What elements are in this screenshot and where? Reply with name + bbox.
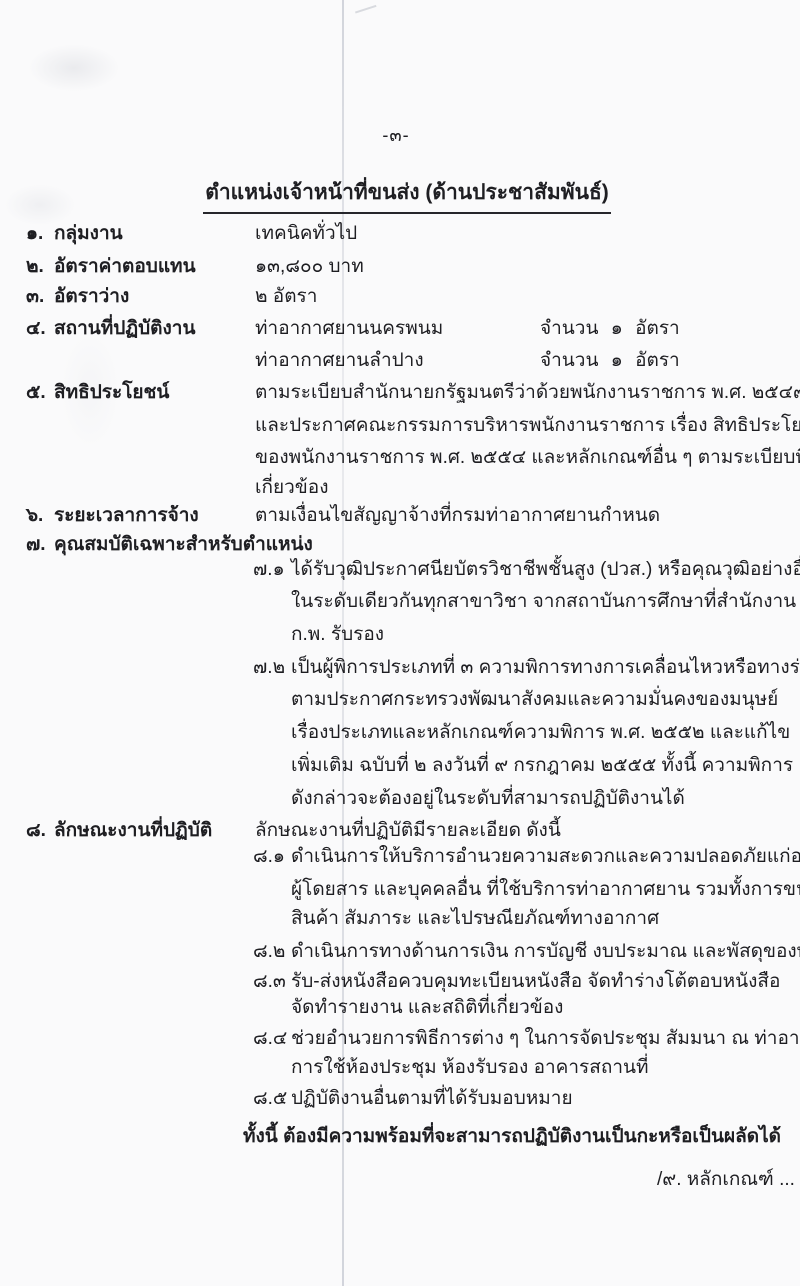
location-count: จำนวน ๑ อัตรา — [540, 316, 680, 342]
subitem-text: ดำเนินการให้บริการอำนวยความสะดวกและความป… — [291, 844, 800, 870]
benefits-line-row: ของพนักงานราชการ พ.ศ. ๒๕๕๔ และหลักเกณฑ์อ… — [0, 445, 800, 473]
subitem-text: การใช้ห้องประชุม ห้องรับรอง อาคารสถานที่ — [291, 1055, 649, 1081]
field-number: ๕. — [26, 380, 46, 406]
field-label: กลุ่มงาน — [54, 221, 123, 247]
field-row-work-location-2: ท่าอากาศยานลำปาง จำนวน ๑ อัตรา — [0, 348, 800, 376]
field-number: ๓. — [26, 284, 44, 310]
subitem-number: ๗.๑ — [253, 557, 285, 583]
subitem-text: ได้รับวุฒิประกาศนียบัตรวิชาชีพชั้นสูง (ป… — [291, 557, 800, 583]
field-number: ๘. — [26, 818, 46, 844]
field-row-benefits: ๕. สิทธิประโยชน์ ตามระเบียบสำนักนายกรัฐม… — [0, 380, 800, 408]
field-label: ระยะเวลาการจ้าง — [54, 503, 199, 529]
field-number: ๖. — [26, 503, 43, 529]
location-count: จำนวน ๑ อัตรา — [540, 348, 680, 374]
subitem-8-1-line: สินค้า สัมภาระ และไปรษณียภัณฑ์ทางอากาศ — [0, 906, 800, 934]
subitem-number: ๘.๕ — [253, 1086, 287, 1112]
footer-row: /๙. หลักเกณฑ์ ... — [0, 1167, 800, 1195]
field-row-work-location: ๔. สถานที่ปฏิบัติงาน ท่าอากาศยานนครพนม จ… — [0, 316, 800, 344]
subitem-7-2-line: เรื่องประเภทและหลักเกณฑ์ความพิการ พ.ศ. ๒… — [0, 720, 800, 748]
subitem-8-1: ๘.๑ ดำเนินการให้บริการอำนวยความสะดวกและค… — [0, 844, 800, 872]
benefits-line-row: เกี่ยวข้อง — [0, 475, 800, 503]
benefits-line-row: และประกาศคณะกรรมการบริหารพนักงานราชการ เ… — [0, 413, 800, 441]
field-row-compensation: ๒. อัตราค่าตอบแทน ๑๓,๘๐๐ บาท — [0, 254, 800, 282]
subitem-text: ดังกล่าวจะต้องอยู่ในระดับที่สามารถปฏิบัต… — [291, 786, 685, 812]
subitem-7-1-line: ในระดับเดียวกันทุกสาขาวิชา จากสถาบันการศ… — [0, 589, 800, 617]
subitem-number: ๘.๓ — [253, 969, 286, 995]
subitem-text: ก.พ. รับรอง — [291, 622, 384, 648]
subitem-8-4-line: การใช้ห้องประชุม ห้องรับรอง อาคารสถานที่ — [0, 1055, 800, 1083]
field-number: ๔. — [26, 316, 46, 342]
field-value: ๒ อัตรา — [255, 284, 317, 310]
closing-note: ทั้งนี้ ต้องมีความพร้อมที่จะสามารถปฏิบัต… — [243, 1124, 781, 1150]
field-value: ตามเงื่อนไขสัญญาจ้างที่กรมท่าอากาศยานกำห… — [255, 503, 660, 529]
subitem-8-5: ๘.๕ ปฏิบัติงานอื่นตามที่ได้รับมอบหมาย — [0, 1086, 800, 1114]
field-row-employment-period: ๖. ระยะเวลาการจ้าง ตามเงื่อนไขสัญญาจ้างท… — [0, 503, 800, 531]
subitem-7-1: ๗.๑ ได้รับวุฒิประกาศนียบัตรวิชาชีพชั้นสู… — [0, 557, 800, 585]
document-title: ตำแหน่งเจ้าหน้าที่ขนส่ง (ด้านประชาสัมพัน… — [203, 176, 611, 214]
subitem-7-2-line: เพิ่มเติม ฉบับที่ ๒ ลงวันที่ ๙ กรกฎาคม ๒… — [0, 753, 800, 781]
scanned-document-page: -๓- ตำแหน่งเจ้าหน้าที่ขนส่ง (ด้านประชาสั… — [0, 0, 800, 1286]
field-value: ๑๓,๘๐๐ บาท — [255, 254, 364, 280]
closing-note-row: ทั้งนี้ ต้องมีความพร้อมที่จะสามารถปฏิบัต… — [0, 1124, 800, 1152]
subitem-text: ผู้โดยสาร และบุคคลอื่น ที่ใช้บริการท่าอา… — [291, 877, 800, 903]
subitem-number: ๘.๔ — [253, 1026, 287, 1052]
subitem-number: ๘.๒ — [253, 939, 285, 965]
field-label: คุณสมบัติเฉพาะสำหรับตำแหน่ง — [54, 532, 313, 558]
subitem-number: ๘.๑ — [253, 844, 285, 870]
field-row-job-description: ๘. ลักษณะงานที่ปฏิบัติ ลักษณะงานที่ปฏิบั… — [0, 818, 800, 846]
benefits-line: ของพนักงานราชการ พ.ศ. ๒๕๕๔ และหลักเกณฑ์อ… — [255, 445, 800, 471]
benefits-line: เกี่ยวข้อง — [255, 475, 328, 501]
subitem-text: จัดทำรายงาน และสถิติที่เกี่ยวข้อง — [291, 995, 563, 1021]
subitem-8-4: ๘.๔ ช่วยอำนวยการพิธีการต่าง ๆ ในการจัดปร… — [0, 1026, 800, 1054]
benefits-line: ตามระเบียบสำนักนายกรัฐมนตรีว่าด้วยพนักงา… — [255, 380, 800, 406]
subitem-7-2-line: ดังกล่าวจะต้องอยู่ในระดับที่สามารถปฏิบัต… — [0, 786, 800, 814]
scan-scratch-mark — [355, 5, 379, 21]
location-name: ท่าอากาศยานนครพนม — [255, 316, 443, 342]
page-continuation-note: /๙. หลักเกณฑ์ ... — [657, 1167, 795, 1193]
subitem-7-2: ๗.๒ เป็นผู้พิการประเภทที่ ๓ ความพิการทาง… — [0, 655, 800, 683]
field-label: อัตราค่าตอบแทน — [54, 254, 196, 280]
scan-smudge — [28, 44, 120, 92]
subitem-text: ปฏิบัติงานอื่นตามที่ได้รับมอบหมาย — [291, 1086, 573, 1112]
field-number: ๒. — [26, 254, 44, 280]
field-row-work-group: ๑. กลุ่มงาน เทคนิคทั่วไป — [0, 221, 800, 249]
subitem-8-3: ๘.๓ รับ-ส่งหนังสือควบคุมทะเบียนหนังสือ จ… — [0, 969, 800, 997]
subitem-8-3-line: จัดทำรายงาน และสถิติที่เกี่ยวข้อง — [0, 995, 800, 1023]
subitem-7-2-line: ตามประกาศกระทรวงพัฒนาสังคมและความมั่นคงข… — [0, 687, 800, 715]
field-value: เทคนิคทั่วไป — [255, 221, 357, 247]
subitem-text: ในระดับเดียวกันทุกสาขาวิชา จากสถาบันการศ… — [291, 589, 796, 615]
subitem-text: สินค้า สัมภาระ และไปรษณียภัณฑ์ทางอากาศ — [291, 906, 659, 932]
field-label: สถานที่ปฏิบัติงาน — [54, 316, 195, 342]
subitem-number: ๗.๒ — [253, 655, 285, 681]
field-label: อัตราว่าง — [54, 284, 129, 310]
field-number: ๑. — [26, 221, 43, 247]
field-value: ลักษณะงานที่ปฏิบัติมีรายละเอียด ดังนี้ — [255, 818, 561, 844]
field-row-qualifications: ๗. คุณสมบัติเฉพาะสำหรับตำแหน่ง — [0, 532, 800, 560]
subitem-8-1-line: ผู้โดยสาร และบุคคลอื่น ที่ใช้บริการท่าอา… — [0, 877, 800, 905]
field-label: ลักษณะงานที่ปฏิบัติ — [54, 818, 212, 844]
field-label: สิทธิประโยชน์ — [54, 380, 169, 406]
subitem-text: ดำเนินการทางด้านการเงิน การบัญชี งบประมา… — [291, 939, 800, 965]
subitem-text: ช่วยอำนวยการพิธีการต่าง ๆ ในการจัดประชุม… — [291, 1026, 800, 1052]
field-number: ๗. — [26, 532, 46, 558]
subitem-text: ตามประกาศกระทรวงพัฒนาสังคมและความมั่นคงข… — [291, 687, 778, 713]
page-number: -๓- — [0, 120, 792, 149]
subitem-text: รับ-ส่งหนังสือควบคุมทะเบียนหนังสือ จัดทำ… — [291, 969, 780, 995]
subitem-7-1-line: ก.พ. รับรอง — [0, 622, 800, 650]
subitem-text: เป็นผู้พิการประเภทที่ ๓ ความพิการทางการเ… — [291, 655, 800, 681]
field-row-vacancies: ๓. อัตราว่าง ๒ อัตรา — [0, 284, 800, 312]
subitem-text: เรื่องประเภทและหลักเกณฑ์ความพิการ พ.ศ. ๒… — [291, 720, 790, 746]
subitem-8-2: ๘.๒ ดำเนินการทางด้านการเงิน การบัญชี งบป… — [0, 939, 800, 967]
benefits-line: และประกาศคณะกรรมการบริหารพนักงานราชการ เ… — [255, 413, 800, 439]
subitem-text: เพิ่มเติม ฉบับที่ ๒ ลงวันที่ ๙ กรกฎาคม ๒… — [291, 753, 793, 779]
document-title-row: ตำแหน่งเจ้าหน้าที่ขนส่ง (ด้านประชาสัมพัน… — [0, 176, 800, 210]
location-name: ท่าอากาศยานลำปาง — [255, 348, 424, 374]
